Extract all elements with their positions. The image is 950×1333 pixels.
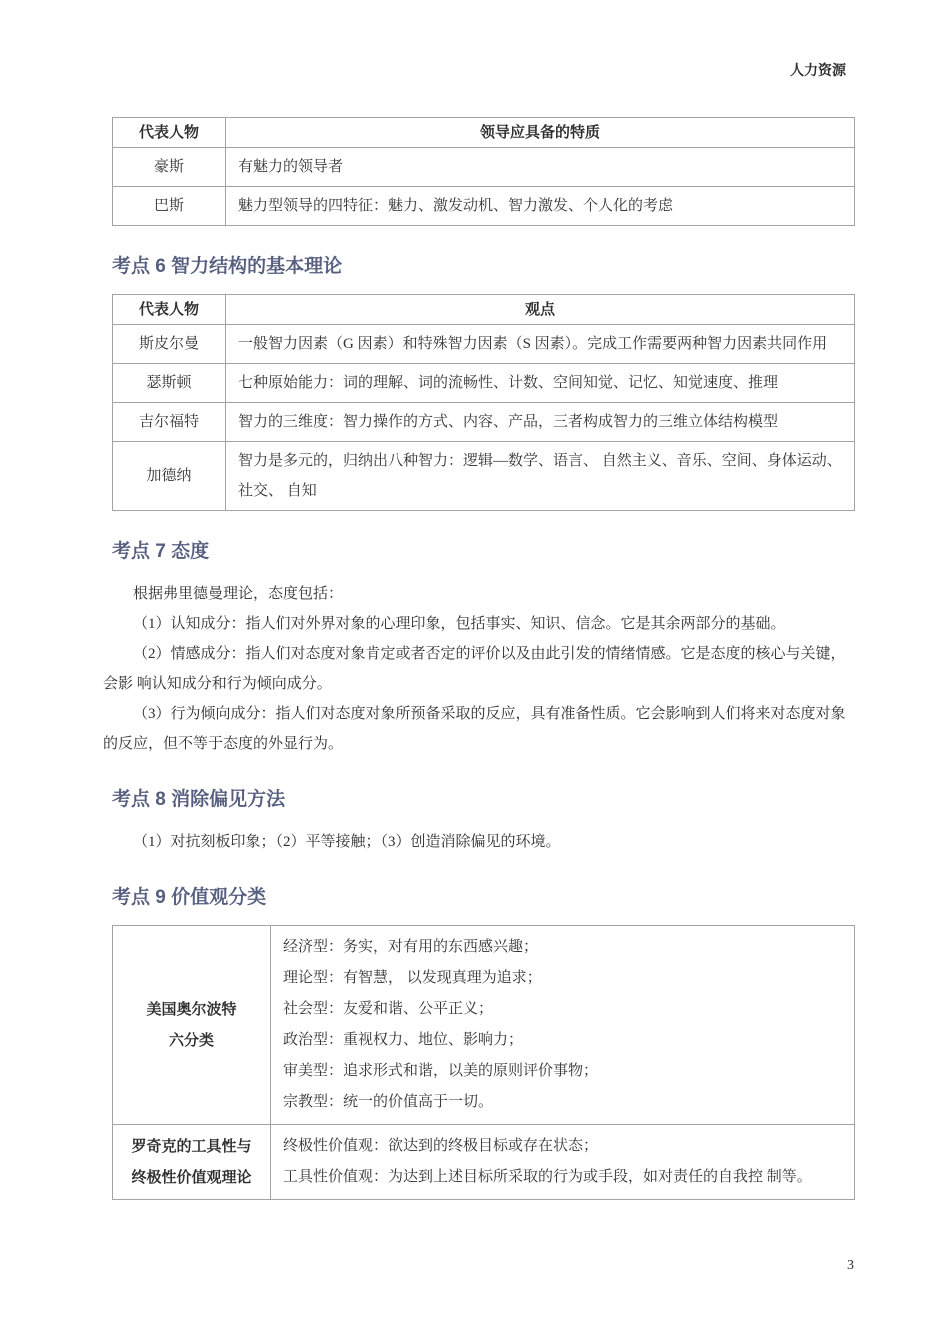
table-row: 瑟斯顿 七种原始能力：词的理解、词的流畅性、计数、空间知觉、记忆、知觉速度、推理 (113, 364, 855, 403)
section-8-heading: 考点 8 消除偏见方法 (112, 788, 855, 811)
person-cell: 加德纳 (113, 442, 226, 511)
value-type-line: 宗教型：统一的价值高于一切。 (283, 1087, 842, 1118)
person-cell: 斯皮尔曼 (113, 325, 226, 364)
person-cell: 巴斯 (113, 187, 226, 226)
section-6-heading: 考点 6 智力结构的基本理论 (112, 255, 855, 278)
value-type-line: 审美型：追求形式和谐，以美的原则评价事物； (283, 1056, 842, 1087)
paragraph: （3）行为倾向成分：指人们对态度对象所预备采取的反应，具有准备性质。它会影响到人… (103, 699, 855, 759)
table-row: 吉尔福特 智力的三维度：智力操作的方式、内容、产品，三者构成智力的三维立体结构模… (113, 403, 855, 442)
table-row: 美国奥尔波特 六分类 经济型：务实，对有用的东西感兴趣； 理论型：有智慧， 以发… (113, 926, 855, 1125)
table-header-row: 代表人物 领导应具备的特质 (113, 118, 855, 148)
leadership-traits-table: 代表人物 领导应具备的特质 豪斯 有魅力的领导者 巴斯 魅力型领导的四特征：魅力… (112, 117, 855, 226)
view-cell: 一般智力因素（G 因素）和特殊智力因素（S 因素）。完成工作需要两种智力因素共同… (226, 325, 855, 364)
page-header-label: 人力资源 (790, 60, 846, 80)
value-type-line: 社会型：友爱和谐、公平正义； (283, 994, 842, 1025)
label-line: 罗奇克的工具性与 (119, 1131, 264, 1162)
table-row: 豪斯 有魅力的领导者 (113, 148, 855, 187)
value-type-line: 终极性价值观：欲达到的终极目标或存在状态； (283, 1131, 842, 1162)
value-type-line: 经济型：务实，对有用的东西感兴趣； (283, 932, 842, 963)
table-row: 加德纳 智力是多元的，归纳出八种智力：逻辑—数学、语言、 自然主义、音乐、空间、… (113, 442, 855, 511)
header-cell-view: 观点 (226, 295, 855, 325)
person-cell: 豪斯 (113, 148, 226, 187)
header-cell-trait: 领导应具备的特质 (226, 118, 855, 148)
values-classification-table: 美国奥尔波特 六分类 经济型：务实，对有用的东西感兴趣； 理论型：有智慧， 以发… (112, 925, 855, 1200)
view-cell: 智力是多元的，归纳出八种智力：逻辑—数学、语言、 自然主义、音乐、空间、身体运动… (226, 442, 855, 511)
page-content: 代表人物 领导应具备的特质 豪斯 有魅力的领导者 巴斯 魅力型领导的四特征：魅力… (112, 117, 855, 1200)
trait-cell: 魅力型领导的四特征：魅力、激发动机、智力激发、个人化的考虑 (226, 187, 855, 226)
value-type-line: 政治型：重视权力、地位、影响力； (283, 1025, 842, 1056)
label-line: 六分类 (119, 1025, 264, 1056)
section-8-paragraphs: （1）对抗刻板印象；（2）平等接触；（3）创造消除偏见的环境。 (103, 827, 855, 857)
header-cell-person: 代表人物 (113, 295, 226, 325)
label-line: 终极性价值观理论 (119, 1162, 264, 1193)
paragraph: （2）情感成分：指人们对态度对象肯定或者否定的评价以及由此引发的情绪情感。它是态… (103, 639, 855, 699)
person-cell: 瑟斯顿 (113, 364, 226, 403)
value-type-line: 工具性价值观：为达到上述目标所采取的行为或手段，如对责任的自我控 制等。 (283, 1162, 842, 1193)
paragraph: （1）认知成分：指人们对外界对象的心理印象，包括事实、知识、信念。它是其余两部分… (103, 609, 855, 639)
trait-cell: 有魅力的领导者 (226, 148, 855, 187)
paragraph: （1）对抗刻板印象；（2）平等接触；（3）创造消除偏见的环境。 (103, 827, 855, 857)
document-page: 人力资源 代表人物 领导应具备的特质 豪斯 有魅力的领导者 巴斯 魅力型领导的四… (0, 0, 950, 1333)
table-row: 罗奇克的工具性与 终极性价值观理论 终极性价值观：欲达到的终极目标或存在状态； … (113, 1125, 855, 1200)
section-7-paragraphs: 根据弗里德曼理论，态度包括： （1）认知成分：指人们对外界对象的心理印象，包括事… (103, 579, 855, 759)
table-row: 巴斯 魅力型领导的四特征：魅力、激发动机、智力激发、个人化的考虑 (113, 187, 855, 226)
items-cell: 经济型：务实，对有用的东西感兴趣； 理论型：有智慧， 以发现真理为追求； 社会型… (271, 926, 855, 1125)
section-9-heading: 考点 9 价值观分类 (112, 886, 855, 909)
theory-label-cell: 美国奥尔波特 六分类 (113, 926, 271, 1125)
page-number: 3 (847, 1258, 854, 1274)
value-type-line: 理论型：有智慧， 以发现真理为追求； (283, 963, 842, 994)
header-cell-person: 代表人物 (113, 118, 226, 148)
view-cell: 智力的三维度：智力操作的方式、内容、产品，三者构成智力的三维立体结构模型 (226, 403, 855, 442)
person-cell: 吉尔福特 (113, 403, 226, 442)
section-7-heading: 考点 7 态度 (112, 540, 855, 563)
intelligence-theory-table: 代表人物 观点 斯皮尔曼 一般智力因素（G 因素）和特殊智力因素（S 因素）。完… (112, 294, 855, 511)
view-cell: 七种原始能力：词的理解、词的流畅性、计数、空间知觉、记忆、知觉速度、推理 (226, 364, 855, 403)
paragraph: 根据弗里德曼理论，态度包括： (103, 579, 855, 609)
items-cell: 终极性价值观：欲达到的终极目标或存在状态； 工具性价值观：为达到上述目标所采取的… (271, 1125, 855, 1200)
label-line: 美国奥尔波特 (119, 994, 264, 1025)
table-header-row: 代表人物 观点 (113, 295, 855, 325)
theory-label-cell: 罗奇克的工具性与 终极性价值观理论 (113, 1125, 271, 1200)
table-row: 斯皮尔曼 一般智力因素（G 因素）和特殊智力因素（S 因素）。完成工作需要两种智… (113, 325, 855, 364)
